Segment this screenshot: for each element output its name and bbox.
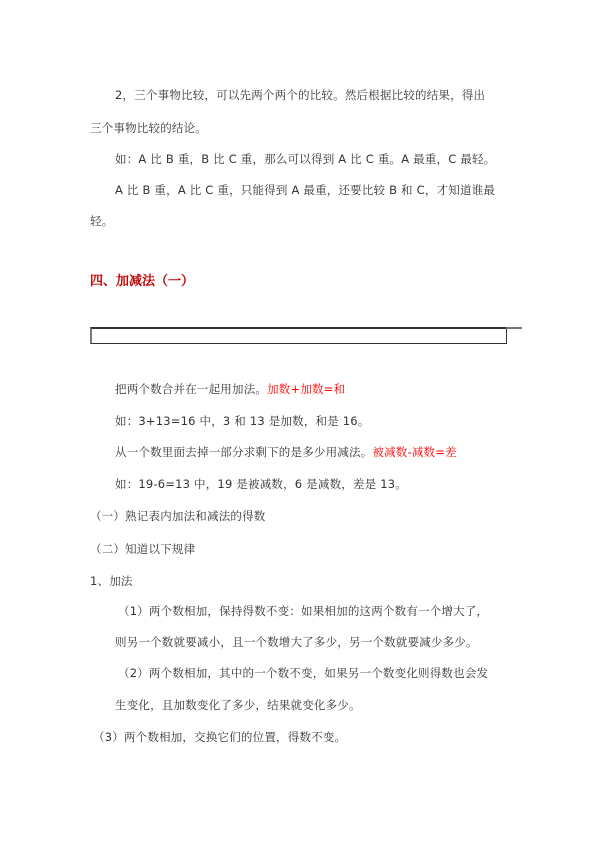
rule-line: 则另一个数就要减小，且一个数增大了多少，另一个数就要减少多少。: [115, 634, 478, 650]
list-item-1: （一）熟记表内加法和减法的得数: [90, 508, 266, 524]
paragraph-line: 轻。: [90, 213, 113, 229]
addition-formula: 加数+加数=和: [267, 382, 345, 396]
section-heading: 四、加减法（一）: [90, 273, 194, 291]
rule-line: （1）两个数相加，保持得数不变：如果相加的这两个数有一个增大了，: [118, 603, 488, 619]
paragraph-line: 三个事物比较的结论。: [90, 120, 207, 136]
subtraction-definition: 从一个数里面去掉一部分求剩下的是多少用减法。被减数-减数=差: [115, 444, 457, 460]
subtraction-definition-text: 从一个数里面去掉一部分求剩下的是多少用减法。: [115, 445, 372, 459]
list-item-2: （二）知道以下规律: [90, 541, 195, 557]
addition-example: 如：3+13=16 中，3 和 13 是加数，和是 16。: [115, 413, 370, 429]
rule-3: （3）两个数相加，交换它们的位置，得数不变。: [93, 729, 346, 745]
table-border-extension: [506, 327, 522, 329]
subtraction-formula: 被减数-减数=差: [372, 445, 456, 459]
paragraph-line: 2，三个事物比较，可以先两个两个的比较。然后根据比较的结果，得出: [115, 87, 485, 103]
paragraph-line: A 比 B 重，A 比 C 重，只能得到 A 最重，还要比较 B 和 C，才知道…: [115, 182, 495, 198]
rule-line: （2）两个数相加，其中的一个数不变，如果另一个数变化则得数也会发: [118, 665, 488, 681]
sub-heading-addition: 1、加法: [90, 573, 133, 589]
subtraction-example: 如：19-6=13 中，19 是被减数，6 是减数，差是 13。: [115, 476, 407, 492]
empty-table-box: [90, 327, 507, 344]
addition-definition: 把两个数合并在一起用加法。加数+加数=和: [115, 381, 345, 397]
addition-definition-text: 把两个数合并在一起用加法。: [115, 382, 267, 396]
comparison-example-1: 如：A 比 B 重，B 比 C 重，那么可以得到 A 比 C 重。A 最重，C …: [115, 151, 495, 167]
rule-line: 生变化，且加数变化了多少，结果就变化多少。: [115, 697, 361, 713]
